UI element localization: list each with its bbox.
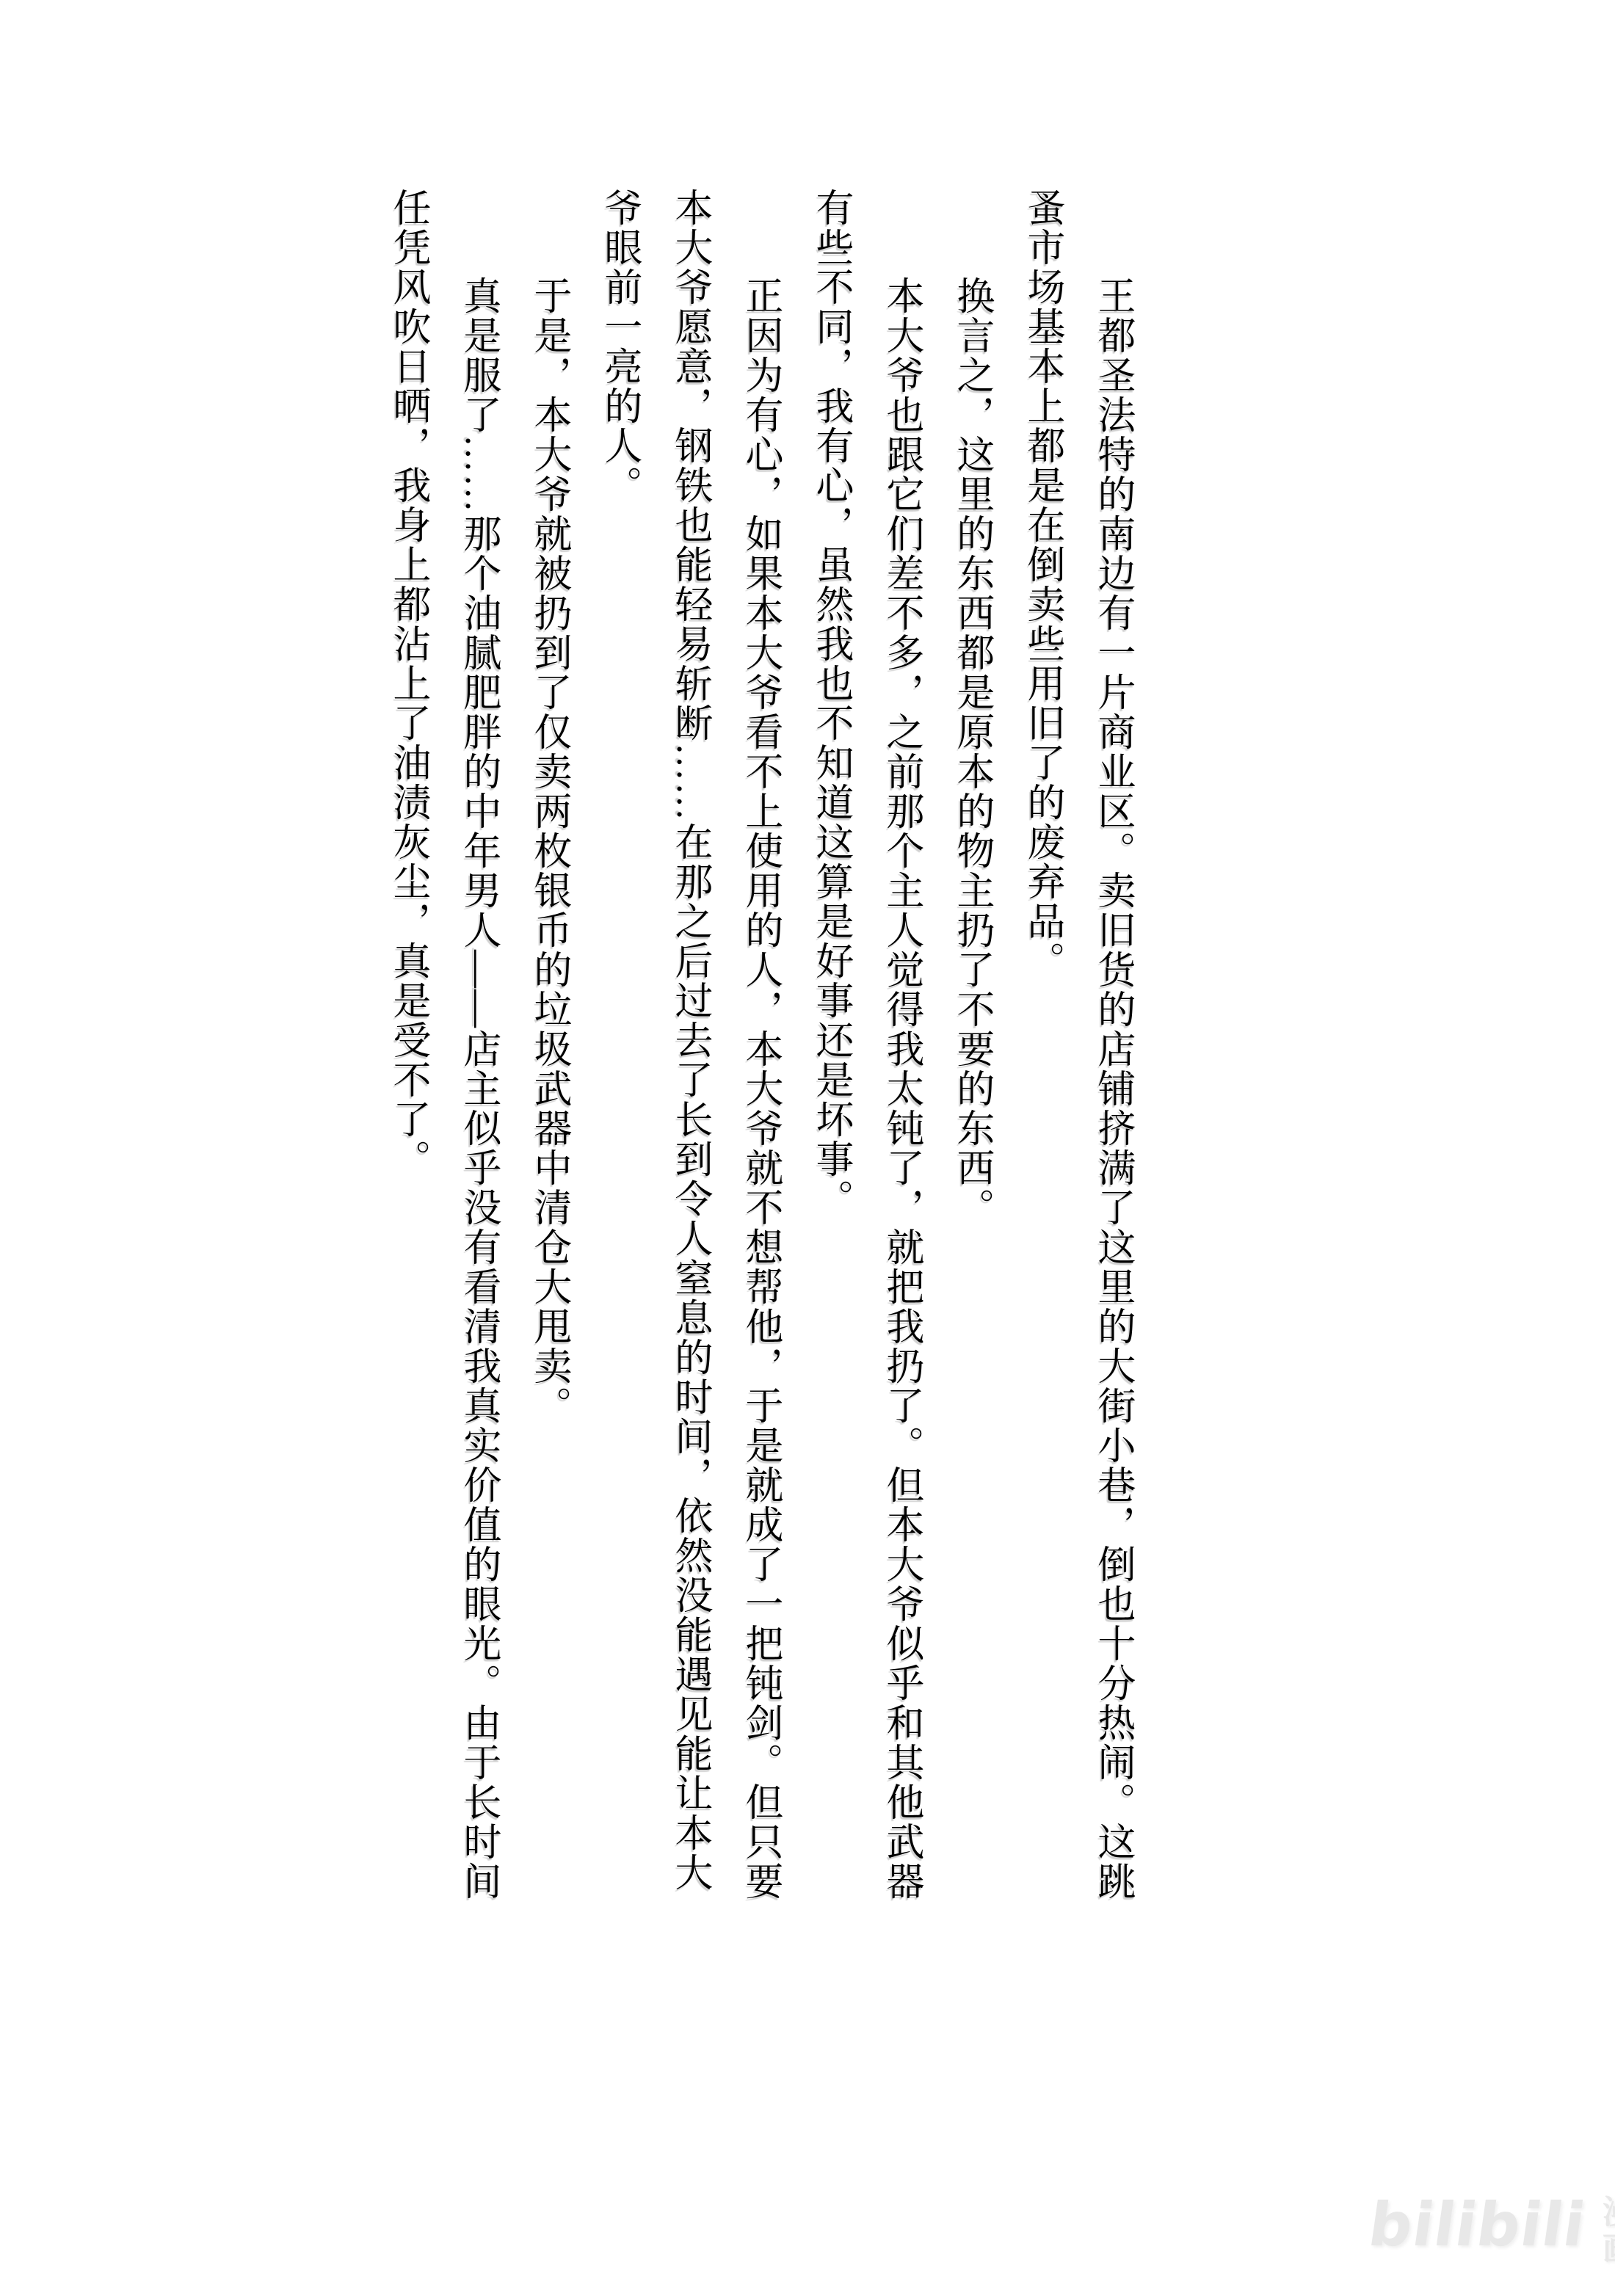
text-column-4: 本大爷也跟它们差不多，之前那个主人觉得我太钝了，就把我扔了。但本大爷似乎和其他武… [880,276,921,1901]
text-column-6: 正因为有心，如果本大爷看不上使用的人，本大爷就不想帮他，于是就成了一把钝剑。但只… [739,276,780,1901]
text-column-9: 于是，本大爷就被扔到了仅卖两枚银币的垃圾武器中清仓大甩卖。 [528,276,569,1425]
text-column-8: 爷眼前一亮的人。 [598,188,639,505]
manhua-label: 漫画 [1595,2195,1615,2268]
bilibili-watermark: bilibili 漫画 [1369,2181,1615,2270]
text-column-1: 王都圣法特的南边有一片商业区。卖旧货的店铺挤满了这里的大街小巷，倒也十分热闹。这… [1092,276,1133,1901]
text-column-5: 有些不同，我有心，虽然我也不知道这算是好事还是坏事。 [810,188,851,1218]
novel-page: { "page": { "background_color": "#ffffff… [0,0,1615,2296]
text-column-7: 本大爷愿意，钢铁也能轻易斩断……在那之后过去了长到令人窒息的时间，依然没能遇见能… [669,188,710,1892]
text-column-10: 真是服了……那个油腻肥胖的中年男人——店主似乎没有看清我真实价值的眼光。由于长时… [457,276,498,1901]
novel-text-block: 王都圣法特的南边有一片商业区。卖旧货的店铺挤满了这里的大街小巷，倒也十分热闹。这… [0,0,1615,2296]
text-column-3: 换言之，这里的东西都是原本的物主扔了不要的东西。 [951,276,992,1227]
bilibili-logo-text: bilibili [1363,2181,1592,2270]
text-column-2: 蚤市场基本上都是在倒卖些用旧了的废弃品。 [1021,188,1062,981]
text-column-11: 任凭风吹日晒，我身上都沾上了油渍灰尘，真是受不了。 [387,188,428,1179]
